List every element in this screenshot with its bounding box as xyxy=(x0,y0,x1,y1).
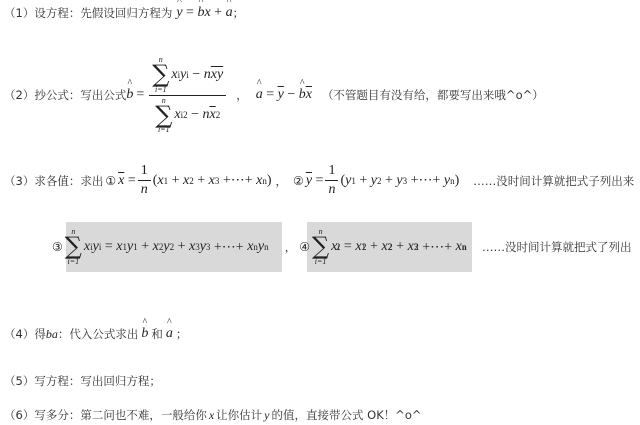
step-3-sums: ③ n∑i=1 xiyi = x1y1 + x2y2 + x3y3 +⋯+ xn… xyxy=(50,224,632,270)
b-hat: b xyxy=(141,326,148,342)
step-6-text-2: 让你估计 xyxy=(216,407,262,423)
sum-x2-formula: n∑i=1 xi2 = x12 + x22 + x32 +⋯+ xnn xyxy=(312,228,472,266)
step-1-label: （1）设方程： xyxy=(4,5,80,21)
sum-xy-formula: n∑i=1 xiyi = x1y1 + x2y2 + x3y3 +⋯+ xnyn xyxy=(65,228,277,266)
step-4-var: ba xyxy=(46,327,58,342)
step-4: （4）得 ba ：代入公式求出 b 和 a ； xyxy=(4,326,187,342)
step-5-label: （5）写方程： xyxy=(4,373,80,389)
step-6-x: x xyxy=(209,408,214,423)
marker-2: ② xyxy=(293,174,304,188)
step-5-text: 写出回归方程； xyxy=(80,373,161,389)
step-6-label: （6）写多分： xyxy=(4,407,80,423)
step-6-y: y xyxy=(264,408,269,423)
step-3-label: （3）求各值： xyxy=(4,173,80,189)
step-2-note: （不管题目有没有给，都要写出来哦^o^） xyxy=(322,87,544,103)
step-5: （5）写方程： 写出回归方程； xyxy=(4,373,161,389)
step-3: （3）求各值： 求出 ① x = 1n (x1 + x2 + x3 +⋯+ xn… xyxy=(4,163,634,198)
step-4-text: ：代入公式求出 xyxy=(58,326,139,342)
step-1-tail: ； xyxy=(233,5,245,21)
marker-4: ④ xyxy=(299,240,310,254)
formula-a-hat: a = y − bx xyxy=(256,87,312,103)
step-3-note-1: ……没时间计算就把式子列出来 xyxy=(473,173,634,189)
step-6: （6）写多分： 第二问也不难，一般给你 x 让你估计 y 的值，直接带公式 OK… xyxy=(4,407,422,423)
step-2: （2）抄公式： 写出公式 b= n∑i=1 xiyi − nxy n∑i=1 x… xyxy=(4,56,544,134)
marker-3: ③ xyxy=(52,240,63,254)
step-3-note-2: ……没时间计算就把式了列出 xyxy=(482,239,632,255)
step-4-tail: ； xyxy=(176,326,188,342)
step-6-text-1: 第二问也不难，一般给你 xyxy=(80,407,207,423)
step-4-and: 和 xyxy=(151,326,163,342)
step-2-label: （2）抄公式： xyxy=(4,87,80,103)
step-2-text: 写出公式 xyxy=(80,87,126,103)
formula-b-hat: b= n∑i=1 xiyi − nxy n∑i=1 xi2 − nx2 xyxy=(126,56,228,134)
step-6-text-3: 的值，直接带公式 OK！^o^ xyxy=(271,407,421,423)
step-1-text: 先假设回归方程为 xyxy=(80,5,172,21)
step-1: （1）设方程： 先假设回归方程为 y = bx + a ； xyxy=(4,5,244,21)
mean-y-formula: y = 1n (y1 + y2 + y3 +⋯+ yn) xyxy=(306,163,459,198)
mean-x-formula: x = 1n (x1 + x2 + x3 +⋯+ xn) xyxy=(118,163,271,198)
step-3-text: 求出 xyxy=(80,173,103,189)
step-4-label: （4）得 xyxy=(4,326,46,342)
a-hat: a xyxy=(166,326,173,342)
marker-1: ① xyxy=(105,174,116,188)
regression-equation: y = bx + a xyxy=(176,5,232,21)
